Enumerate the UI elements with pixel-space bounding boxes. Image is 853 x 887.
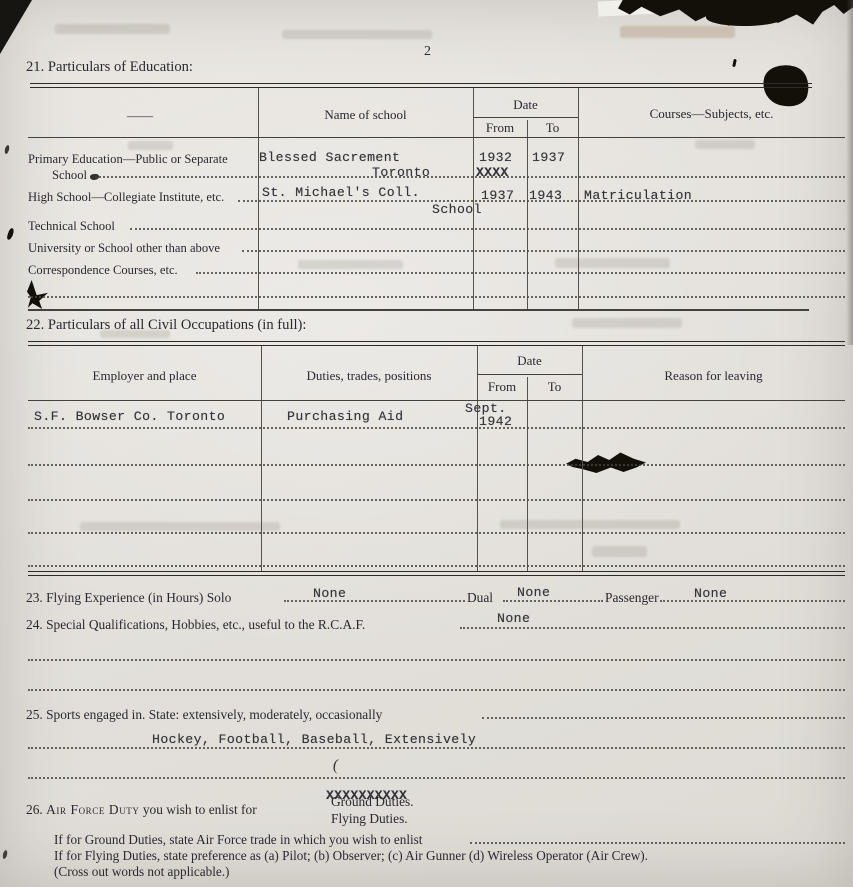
dual-label: Dual <box>467 590 493 605</box>
occ-table-bottom-rule <box>28 571 845 576</box>
edu-courses-entry: Matriculation <box>584 189 692 203</box>
occ-row-dotted-line <box>28 427 845 429</box>
section-26-label: 26. Air Force Duty you wish to enlist fo… <box>26 802 257 817</box>
edu-to-entry: 1937 <box>532 151 565 165</box>
edu-school-entry: Toronto <box>372 166 430 180</box>
solo-hours-entry: None <box>313 587 346 601</box>
dotted-line <box>470 842 845 844</box>
small-mark-artifact <box>4 145 10 155</box>
passenger-label: Passenger <box>605 590 659 605</box>
rule-under-title-21 <box>30 83 812 88</box>
occ-from-to-divider <box>527 377 528 572</box>
edu-row-label: Correspondence Courses, etc. <box>28 263 178 278</box>
occ-header-from: From <box>477 379 527 394</box>
bleed-through-smudge <box>128 141 173 150</box>
occ-header-separator <box>28 400 845 401</box>
edu-table-bottom-rule <box>28 309 809 311</box>
edu-row-dotted-line <box>130 228 845 230</box>
section-24-label: 24. Special Qualifications, Hobbies, etc… <box>26 617 365 632</box>
note-cross-out: (Cross out words not applicable.) <box>54 864 229 879</box>
dotted-line <box>28 747 845 749</box>
tick-mark-artifact <box>732 59 737 67</box>
bleed-through-smudge <box>80 522 280 531</box>
ink-flick-artifact <box>27 280 48 309</box>
blank-dotted-line <box>28 689 845 691</box>
occ-duties-entry: Purchasing Aid <box>287 410 403 424</box>
scanned-form-page: 2 21. Particulars of Education: —— Name … <box>0 0 853 887</box>
dual-hours-entry: None <box>517 586 550 600</box>
occ-header-to: To <box>527 379 582 394</box>
edu-header-date: Date <box>473 97 578 112</box>
edu-school-entry: St. Michael's Coll. <box>262 186 420 200</box>
dotted-line <box>482 717 845 719</box>
bleed-through-smudge <box>298 260 403 269</box>
edu-header-separator <box>28 137 845 138</box>
sports-entry: Hockey, Football, Baseball, Extensively <box>152 733 476 747</box>
edu-row-dotted-line <box>28 296 845 298</box>
occ-row-dotted-line <box>28 532 845 534</box>
torn-edge-blob-artifact <box>706 3 792 26</box>
blank-dotted-line <box>28 659 845 661</box>
occ-row-dotted-line <box>28 565 845 567</box>
dotted-line <box>460 627 845 629</box>
bleed-through-smudge <box>282 30 432 39</box>
bleed-through-smudge <box>620 26 735 38</box>
dotted-line <box>503 600 603 602</box>
edu-row-dotted-line <box>196 272 845 274</box>
comma-mark-artifact <box>6 228 14 241</box>
bleed-through-smudge <box>572 318 682 328</box>
note-ground-duties: If for Ground Duties, state Air Force tr… <box>54 832 422 847</box>
section-26-rest: you wish to enlist for <box>143 802 257 817</box>
occ-header-reason: Reason for leaving <box>582 368 845 383</box>
section-22-title: 22. Particulars of all Civil Occupations… <box>26 318 306 333</box>
edu-header-blank: —— <box>95 108 185 123</box>
section-21-title: 21. Particulars of Education: <box>26 60 193 75</box>
occ-header-employer: Employer and place <box>28 368 261 383</box>
occ-row-dotted-line <box>28 464 845 466</box>
edu-header-from: From <box>473 120 527 135</box>
bleed-through-smudge <box>592 546 647 557</box>
edu-school-entry: Blessed Sacrement <box>259 151 400 165</box>
page-number: 2 <box>424 44 431 59</box>
section-23-label: 23. Flying Experience (in Hours) Solo <box>26 590 231 605</box>
ground-duties-option: Ground Duties. <box>331 794 414 809</box>
section-25-label: 25. Sports engaged in. State: extensivel… <box>26 707 382 722</box>
edu-date-underline <box>473 117 578 118</box>
apostrophe-artifact <box>2 850 8 860</box>
rule-under-title-22 <box>28 341 845 346</box>
dotted-line <box>28 777 845 779</box>
edu-header-to: To <box>527 120 578 135</box>
occ-header-duties: Duties, trades, positions <box>261 368 477 383</box>
ink-blot-table-artifact <box>566 450 646 475</box>
edu-from-entry: 1932 <box>479 151 512 165</box>
edu-to-entry: 1943 <box>529 189 562 203</box>
occ-employer-entry: S.F. Bowser Co. Toronto <box>34 410 225 424</box>
occ-row-dotted-line <box>28 499 845 501</box>
flying-duties-option: Flying Duties. <box>331 811 408 826</box>
bleed-through-smudge <box>555 258 670 268</box>
air-force-duty-caps: Air Force Duty <box>46 802 139 817</box>
edu-header-name: Name of school <box>258 107 473 122</box>
bleed-through-smudge <box>695 140 755 149</box>
edu-from-struck-entry: XXXX <box>476 166 508 180</box>
edu-row-label: School <box>52 168 87 183</box>
edu-row-label: High School—Collegiate Institute, etc. <box>28 190 224 205</box>
note-flying-duties: If for Flying Duties, state preference a… <box>54 848 648 863</box>
edu-header-courses: Courses—Subjects, etc. <box>578 106 845 121</box>
occ-date-underline <box>477 374 582 375</box>
passenger-hours-entry: None <box>694 587 727 601</box>
edu-row-dotted-line <box>242 250 845 252</box>
edu-row-label: Technical School <box>28 219 115 234</box>
edu-row-dotted-line <box>95 176 845 178</box>
edu-row-label: University or School other than above <box>28 241 220 256</box>
edu-from-entry: 1937 <box>481 189 514 203</box>
dotted-line <box>284 600 465 602</box>
occ-header-date: Date <box>477 353 582 368</box>
bleed-through-smudge <box>55 24 170 34</box>
right-edge-shadow <box>846 0 853 345</box>
qualifications-entry: None <box>497 612 530 626</box>
edu-school-entry: School <box>432 203 482 217</box>
edu-row-label: Primary Education—Public or Separate <box>28 152 228 167</box>
edu-from-to-divider <box>527 120 528 311</box>
torn-corner-artifact <box>0 0 32 54</box>
dotted-line <box>660 600 845 602</box>
section-26-number: 26. <box>26 802 43 817</box>
handwritten-mark: ( <box>332 758 339 774</box>
